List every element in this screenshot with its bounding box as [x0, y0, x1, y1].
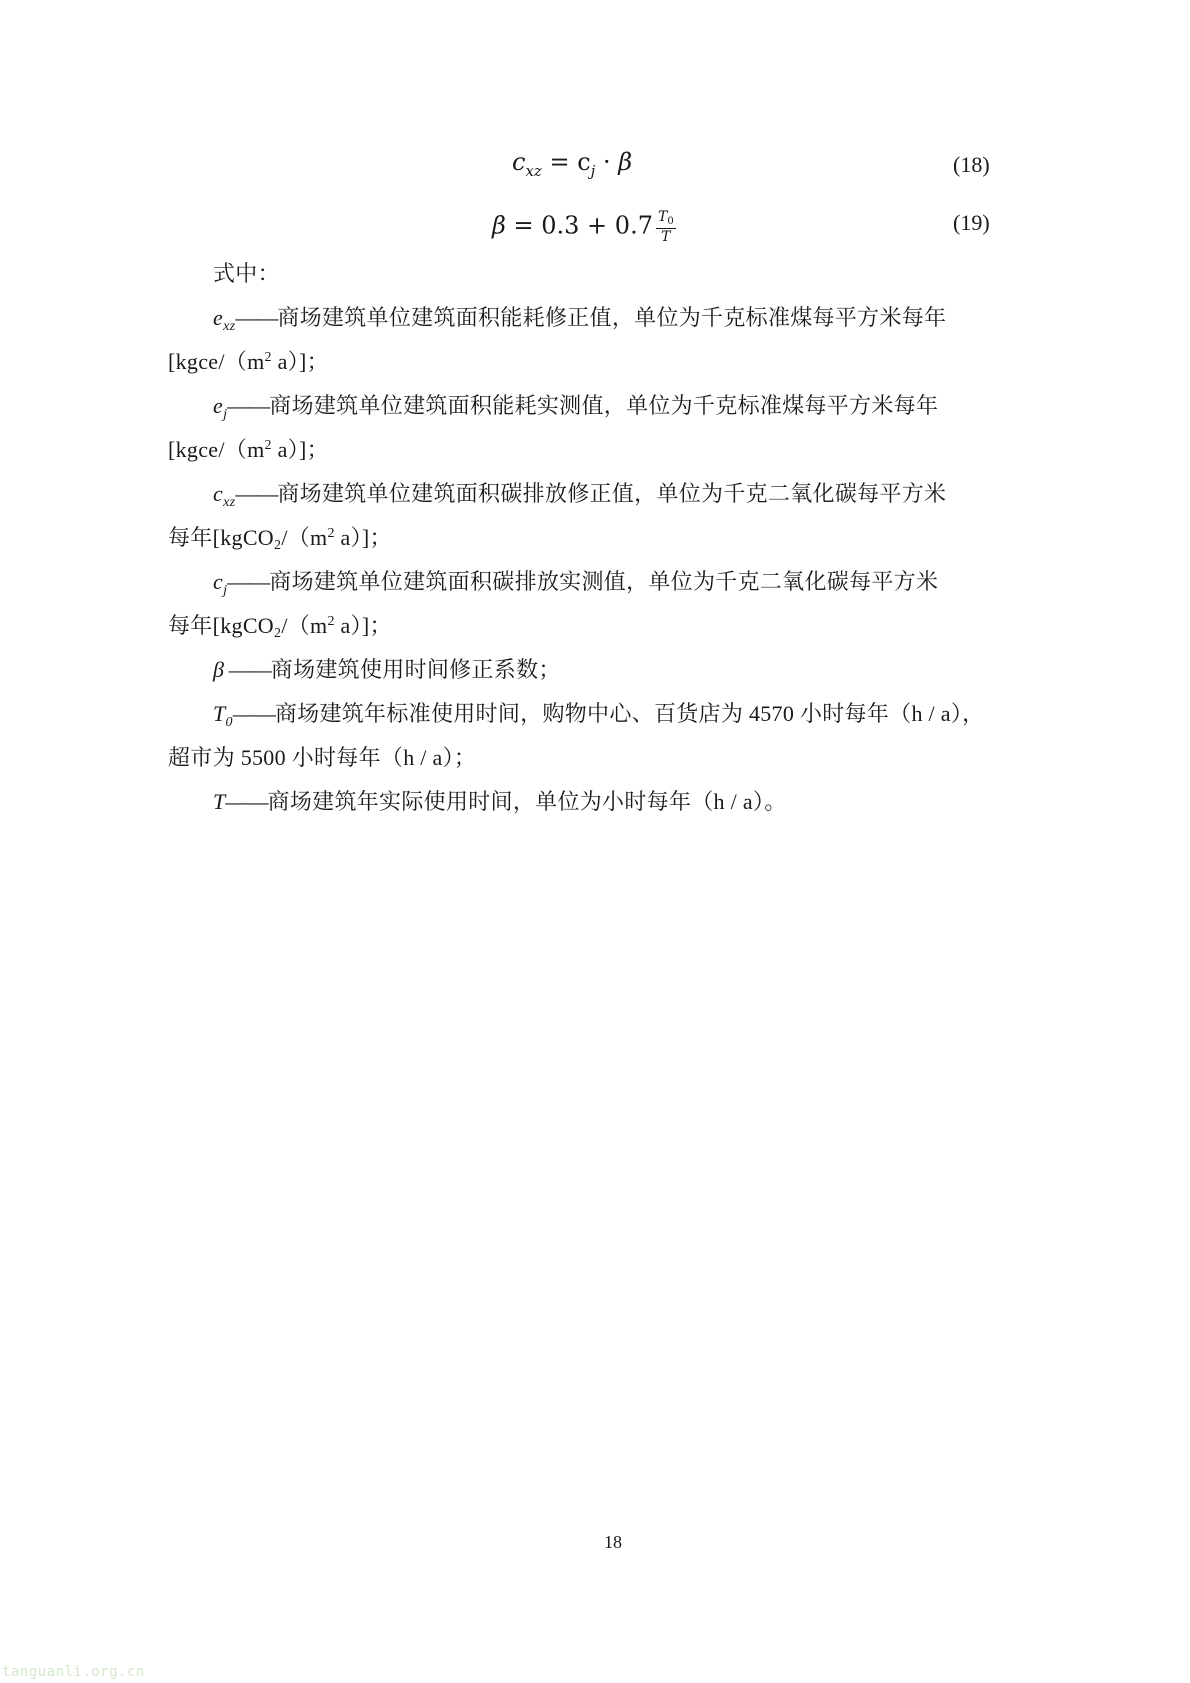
definition-text: 商场建筑单位建筑面积碳排放修正值，单位为千克二氧化碳每平方米: [277, 481, 946, 506]
eq19-lhs: β: [492, 212, 506, 240]
definition-t: T——商场建筑年实际使用时间，单位为小时每年（h / a）。: [213, 791, 787, 813]
em-dash: ——: [235, 481, 277, 506]
eq18-beta: β: [618, 148, 632, 176]
definition-exz: exz——商场建筑单位建筑面积能耗修正值，单位为千克标准煤每平方米每年: [213, 307, 946, 334]
where-label: 式中：: [213, 263, 280, 285]
equation-19: β = 0.3 + 0.7T0T: [492, 210, 676, 244]
em-dash: ——: [224, 657, 271, 682]
unit-text-end: a）]；: [272, 437, 329, 462]
symbol-cj: cj: [213, 569, 227, 594]
eq18-lhs-sub: xz: [525, 162, 541, 180]
em-dash: ——: [227, 393, 269, 418]
unit-superscript: 2: [327, 526, 334, 541]
em-dash: ——: [233, 701, 275, 726]
eq18-lhs: c: [512, 148, 525, 176]
unit-prefix: 每年[kgCO: [168, 525, 274, 550]
definition-t0: T0——商场建筑年标准使用时间，购物中心、百货店为 4570 小时每年（h / …: [213, 703, 984, 730]
eq19-fraction: T0T: [656, 210, 676, 244]
symbol-t: T: [213, 789, 226, 814]
eq19-equals: =: [506, 212, 541, 240]
eq18-rhs-var: c: [577, 148, 590, 176]
equation-19-number: (19): [953, 210, 990, 236]
eq18-equals: =: [542, 148, 577, 176]
symbol-cxz: cxz: [213, 481, 235, 506]
definition-cxz: cxz——商场建筑单位建筑面积碳排放修正值，单位为千克二氧化碳每平方米: [213, 483, 946, 510]
unit-text-end: a）]；: [335, 613, 392, 638]
symbol-ej: ej: [213, 393, 227, 418]
definition-text: 商场建筑年标准使用时间，购物中心、百货店为 4570 小时每年（h / a），: [275, 701, 985, 726]
eq19-const1: 0.3: [541, 212, 579, 240]
definition-exz-unit: [kgce/（m2 a）]；: [168, 351, 329, 373]
unit-text-end: a）]；: [335, 525, 392, 550]
eq19-frac-den: T: [656, 229, 676, 244]
definition-text: 商场建筑单位建筑面积能耗修正值，单位为千克标准煤每平方米每年: [277, 305, 946, 330]
eq19-const2: 0.7: [615, 212, 653, 240]
page-number: 18: [604, 1532, 622, 1553]
unit-prefix: 每年[kgCO: [168, 613, 274, 638]
unit-text: [kgce/（m: [168, 349, 264, 374]
em-dash: ——: [226, 789, 268, 814]
unit-text: /（m: [281, 525, 327, 550]
definition-ej-unit: [kgce/（m2 a）]；: [168, 439, 329, 461]
em-dash: ——: [235, 305, 277, 330]
unit-text: /（m: [281, 613, 327, 638]
unit-text: [kgce/（m: [168, 437, 264, 462]
definition-text: 商场建筑单位建筑面积碳排放实测值，单位为千克二氧化碳每平方米: [269, 569, 938, 594]
unit-superscript: 2: [264, 350, 271, 365]
definition-cj: cj——商场建筑单位建筑面积碳排放实测值，单位为千克二氧化碳每平方米: [213, 571, 938, 598]
symbol-t0: T0: [213, 701, 233, 726]
definition-text: 商场建筑使用时间修正系数；: [271, 657, 561, 682]
eq18-dot: ·: [595, 148, 618, 176]
eq19-plus: +: [579, 212, 614, 240]
definition-t0-continued: 超市为 5500 小时每年（h / a）；: [168, 747, 476, 769]
definition-text: 商场建筑单位建筑面积能耗实测值，单位为千克标准煤每平方米每年: [269, 393, 938, 418]
equation-18: cxz = cj · β: [512, 150, 632, 179]
document-page: cxz = cj · β (18) β = 0.3 + 0.7T0T (19) …: [0, 0, 1190, 1683]
unit-superscript: 2: [327, 614, 334, 629]
unit-superscript: 2: [264, 438, 271, 453]
definition-cxz-unit: 每年[kgCO2/（m2 a）]；: [168, 527, 392, 553]
definition-text: 商场建筑年实际使用时间，单位为小时每年（h / a）。: [268, 789, 787, 814]
definition-beta: β ——商场建筑使用时间修正系数；: [213, 659, 561, 681]
symbol-exz: exz: [213, 305, 235, 330]
definition-cj-unit: 每年[kgCO2/（m2 a）]；: [168, 615, 392, 641]
symbol-beta: β: [213, 657, 224, 682]
watermark: tanguanli.org.cn: [2, 1664, 145, 1680]
em-dash: ——: [227, 569, 269, 594]
definition-ej: ej——商场建筑单位建筑面积能耗实测值，单位为千克标准煤每平方米每年: [213, 395, 938, 422]
eq19-frac-num-sub: 0: [667, 216, 673, 227]
equation-18-number: (18): [953, 152, 990, 178]
unit-text-end: a）]；: [272, 349, 329, 374]
eq19-frac-num: T: [658, 209, 667, 225]
